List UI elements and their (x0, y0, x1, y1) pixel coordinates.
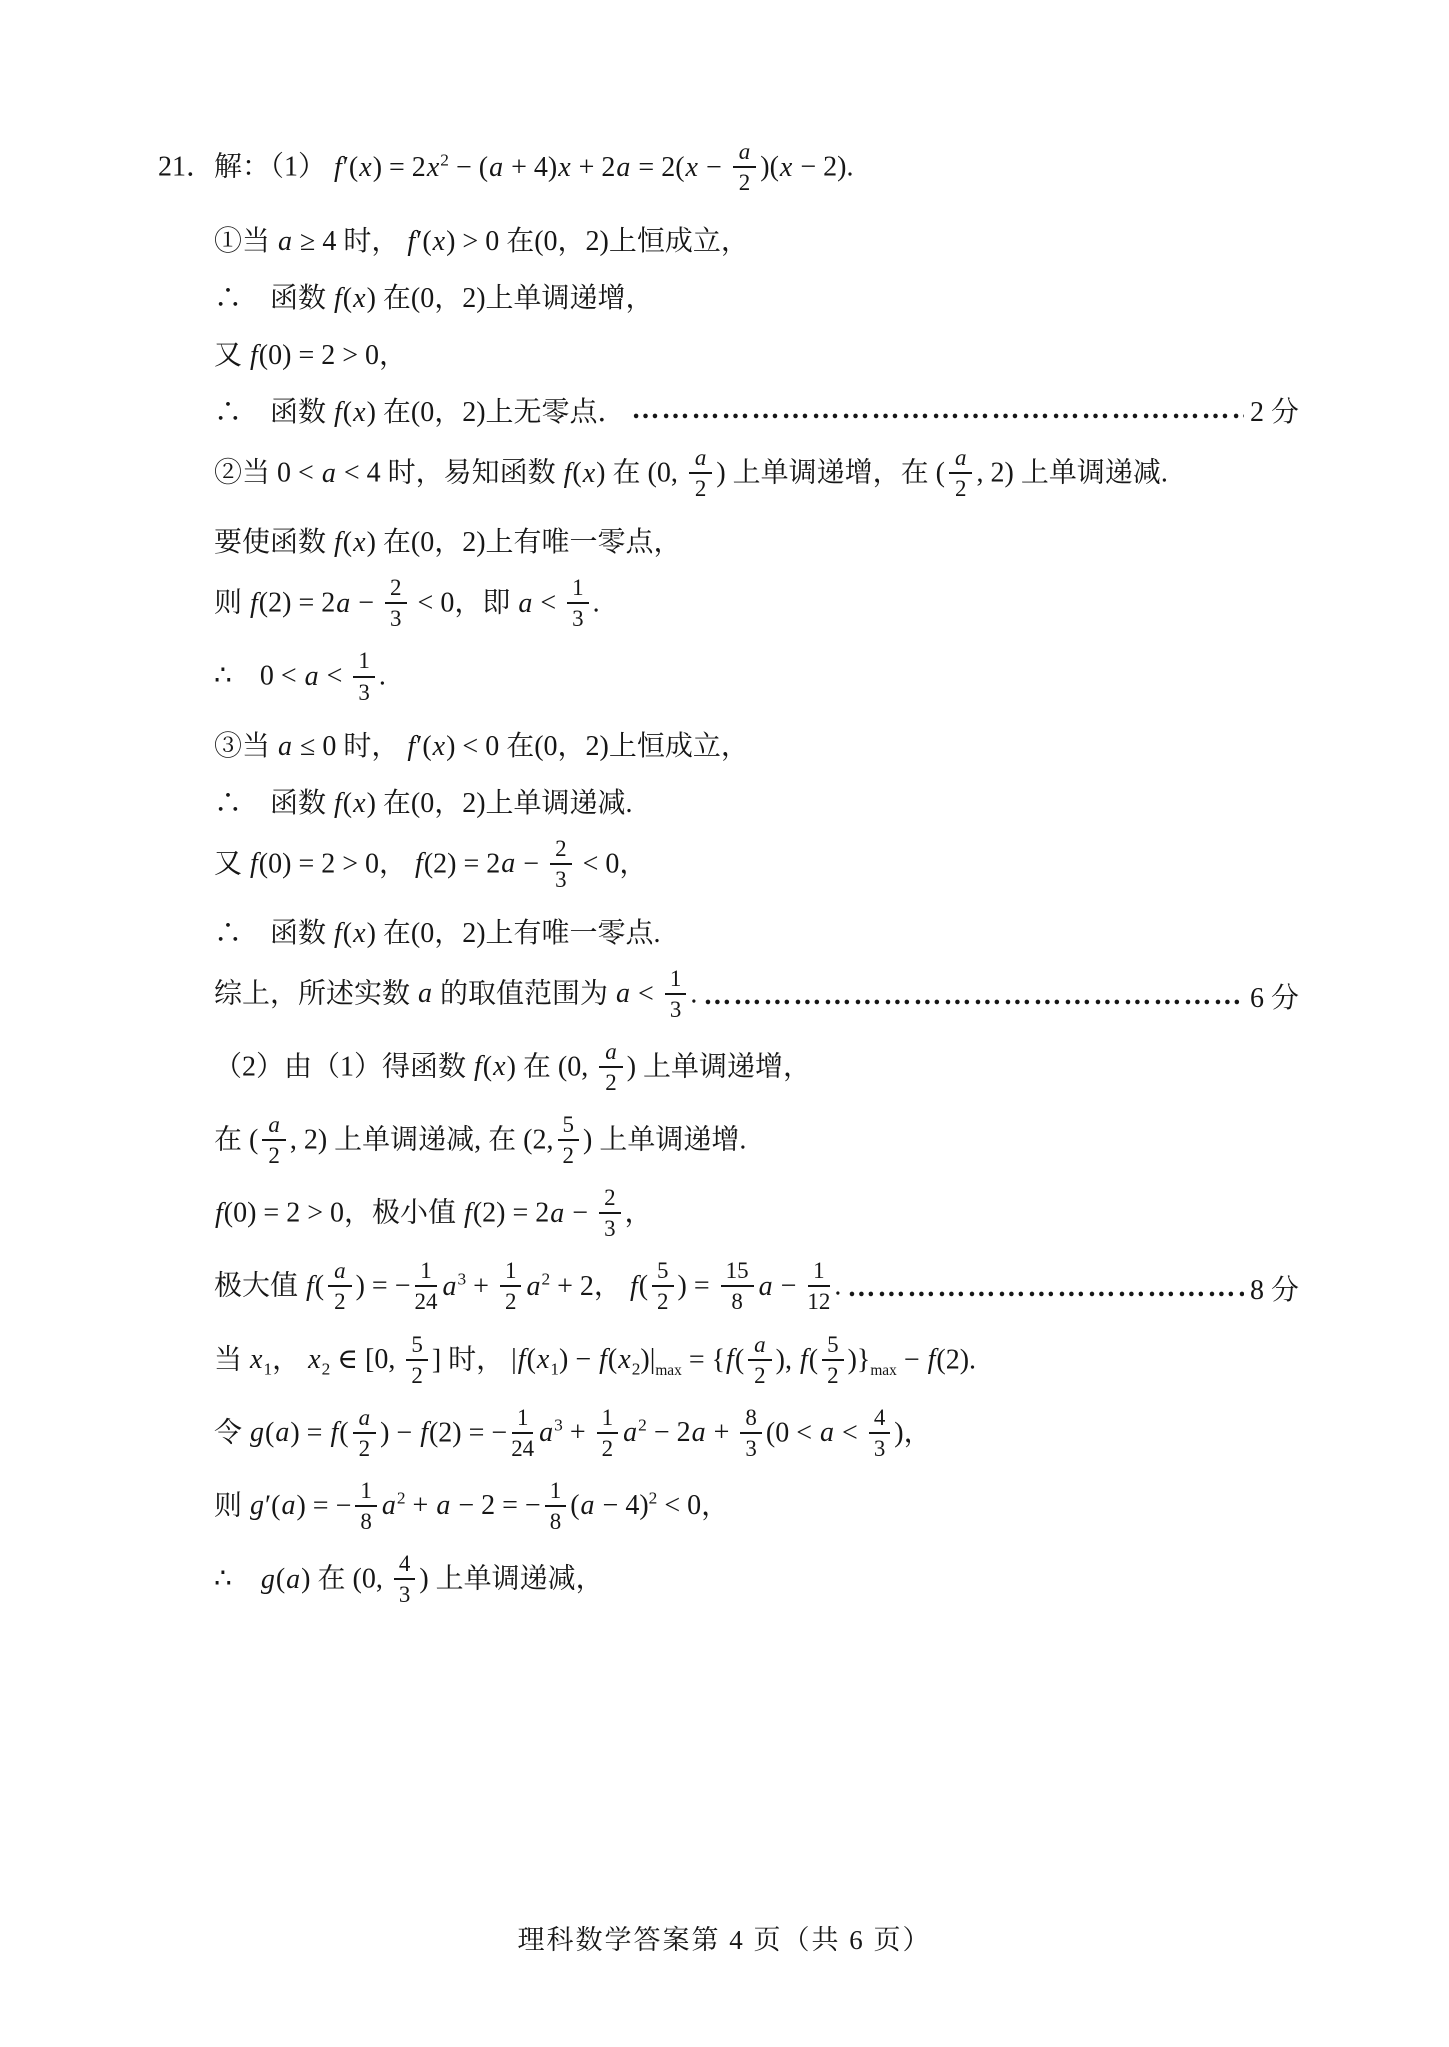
fraction-numerator: 2 (550, 835, 571, 865)
math-run: a < (615, 978, 661, 1009)
score-label: 8 分 (1250, 1268, 1299, 1308)
text-run: 在(0，2)上无零点． (376, 397, 626, 428)
math-run: (2, (523, 1125, 553, 1156)
fraction-numerator: 1 (415, 1257, 436, 1287)
math-run: f(0) = 2 > 0 (214, 1198, 344, 1229)
math-run: (0, (353, 1564, 390, 1595)
fraction-denominator: 3 (390, 604, 401, 632)
solution-line-9: ∴ 0 < a < 13. (158, 649, 1299, 707)
solution-line-2: ①当 a ≥ 4 时， f′(x) > 0 在(0，2)上恒成立， (158, 218, 1299, 260)
math-run: f(x) (563, 458, 606, 489)
fraction: 83 (740, 1404, 761, 1462)
math-run: f(x) (333, 283, 376, 314)
math-run: ( (936, 458, 945, 489)
score-label: 2 分 (1250, 390, 1299, 430)
text-run: ， (379, 848, 414, 879)
fraction-denominator: 8 (550, 1507, 561, 1535)
math-run: . (379, 661, 386, 692)
fraction-denominator: 2 (605, 1068, 616, 1096)
math-run: a ≥ 4 (277, 226, 336, 257)
math-run: ) (894, 1417, 903, 1448)
fraction: 13 (353, 647, 374, 705)
text-run: 时， (336, 731, 406, 762)
math-run: x2 ∈ [0, (307, 1344, 402, 1375)
fraction-numerator: 1 (665, 965, 686, 995)
math-run: g′(a) = − (249, 1490, 351, 1521)
fraction-numerator: a (328, 1257, 351, 1287)
math-run: f(2) = 2a − (414, 848, 546, 879)
line-content: （2）由（1）得函数 f(x) 在 (0, a2) 上单调递增， (214, 1040, 811, 1098)
text-run: ∴ 函数 (214, 283, 333, 314)
fraction-numerator: 5 (406, 1331, 427, 1361)
text-run: 在(0，2)上恒成立， (499, 731, 749, 762)
fraction-denominator: 2 (754, 1361, 765, 1389)
fraction-denominator: 24 (415, 1287, 438, 1315)
math-run: a2 + a − 2 = − (381, 1490, 541, 1521)
text-run: 极大值 (214, 1271, 305, 1302)
line-content: 21．解：（1） f′(x) = 2x2 − (a + 4)x + 2a = 2… (158, 140, 853, 198)
math-run: = {f( (682, 1344, 744, 1375)
fraction: 52 (652, 1257, 673, 1315)
text-run: 在(0，2)上有唯一零点， (376, 527, 682, 558)
text-run: 上单调递增. (592, 1125, 746, 1156)
math-run: f′(x) = 2x2 − (a + 4)x + 2a = 2(x − (326, 152, 729, 183)
math-run: a3 + (441, 1271, 495, 1302)
math-run: f( (305, 1271, 324, 1302)
fraction-denominator: 2 (657, 1287, 668, 1315)
line-content: 在 (a2, 2) 上单调递减, 在 (2,52) 上单调递增. (214, 1113, 746, 1171)
fraction-numerator: a (599, 1038, 622, 1068)
math-run: f(x) (473, 1051, 516, 1082)
fraction: 12 (500, 1257, 521, 1315)
fraction-numerator: a (733, 138, 756, 168)
line-content: ③当 a ≤ 0 时， f′(x) < 0 在(0，2)上恒成立， (214, 724, 749, 764)
text-run: 上单调递减， (429, 1564, 604, 1595)
math-run: a ≤ 0 (277, 731, 336, 762)
math-run: (0, (558, 1051, 595, 1082)
math-run: 0 < a < (260, 661, 350, 692)
fraction-denominator: 2 (505, 1287, 516, 1315)
math-run: a2 − 2a + (622, 1417, 736, 1448)
text-run: 上单调递减, 在 (327, 1125, 523, 1156)
text-run: 上单调递增， (636, 1051, 811, 1082)
solution-body: 21．解：（1） f′(x) = 2x2 − (a + 4)x + 2a = 2… (158, 140, 1299, 1610)
math-run: . (834, 1271, 841, 1302)
fraction-numerator: 1 (545, 1477, 566, 1507)
fraction-numerator: 2 (599, 1184, 620, 1214)
text-run: ∴ (214, 1564, 260, 1595)
math-run: f( (629, 1271, 648, 1302)
fraction-numerator: a (748, 1331, 771, 1361)
fraction-denominator: 2 (739, 168, 750, 196)
math-run: ) (583, 1125, 592, 1156)
math-run: f′(x) < 0 (406, 731, 499, 762)
line-content: 综上，所述实数 a 的取值范围为 a < 13. (214, 967, 697, 1025)
line-content: ②当 0 < a < 4 时，易知函数 f(x) 在 (0, a2) 上单调递增… (214, 446, 1168, 504)
fraction: a2 (949, 444, 972, 502)
solution-line-20: 令 g(a) = f(a2) − f(2) = −124a3 + 12a2 − … (158, 1406, 1299, 1464)
text-run: 21．解：（1） (158, 152, 326, 183)
math-run: . (593, 588, 600, 619)
math-run: ) − f(2) = − (380, 1417, 507, 1448)
fraction: a2 (733, 138, 756, 196)
fraction: 52 (822, 1331, 843, 1389)
math-run: a3 + (538, 1417, 592, 1448)
fraction: 43 (869, 1404, 890, 1462)
math-run: f(x) (333, 397, 376, 428)
math-run: < 0 (576, 848, 620, 879)
math-run: a (417, 978, 433, 1009)
text-run: 的取值范围为 (433, 978, 615, 1009)
fraction: 124 (511, 1404, 534, 1462)
fraction-numerator: 5 (822, 1331, 843, 1361)
math-run: f′(x) > 0 (406, 226, 499, 257)
solution-line-5: ∴ 函数 f(x) 在(0，2)上无零点． ………………………………………………… (158, 389, 1299, 431)
text-run: 又 (214, 848, 249, 879)
text-run: 在(0，2)上有唯一零点. (376, 918, 661, 949)
text-run: ②当 (214, 458, 277, 489)
solution-line-19: 当 x1， x2 ∈ [0, 52] 时， |f(x1) − f(x2)|max… (158, 1333, 1299, 1391)
fraction-denominator: 8 (731, 1287, 742, 1315)
solution-line-8: 则 f(2) = 2a − 23 < 0，即 a < 13. (158, 576, 1299, 634)
solution-line-4: 又 f(0) = 2 > 0， (158, 332, 1299, 374)
line-content: ∴ 函数 f(x) 在(0，2)上单调递减. (214, 781, 633, 821)
math-run: a − (758, 1271, 804, 1302)
fraction-numerator: 1 (500, 1257, 521, 1287)
text-run: ，即 (454, 588, 517, 619)
math-run: (0 < a < (766, 1417, 865, 1448)
text-run: 在 (214, 1125, 249, 1156)
fraction: 18 (545, 1477, 566, 1535)
text-run: ①当 (214, 226, 277, 257)
dotted-leader: ……………………………………………………………………………………………… (703, 980, 1244, 1012)
math-run: ) (627, 1051, 636, 1082)
text-run: （2）由（1）得函数 (214, 1051, 473, 1082)
fraction: 112 (807, 1257, 830, 1315)
line-content: ①当 a ≥ 4 时， f′(x) > 0 在(0，2)上恒成立， (214, 219, 749, 259)
line-content: 则 f(2) = 2a − 23 < 0，即 a < 13. (214, 576, 600, 634)
fraction-denominator: 2 (563, 1141, 574, 1169)
subscript-label: max (655, 1362, 682, 1379)
text-run: ， (904, 1417, 932, 1448)
fraction-denominator: 2 (602, 1434, 613, 1462)
solution-line-14: 综上，所述实数 a 的取值范围为 a < 13.…………………………………………… (158, 967, 1299, 1025)
fraction-numerator: 5 (558, 1111, 579, 1141)
fraction: a2 (328, 1257, 351, 1315)
fraction-denominator: 3 (555, 865, 566, 893)
solution-line-13: ∴ 函数 f(x) 在(0，2)上有唯一零点. (158, 910, 1299, 952)
text-run: ∴ (214, 661, 260, 692)
text-run: 则 (214, 588, 249, 619)
text-run: 在(0，2)上恒成立， (499, 226, 749, 257)
math-run: (a − 4)2 < 0 (570, 1490, 701, 1521)
page-footer: 理科数学答案第 4 页（共 6 页） (0, 1918, 1449, 1957)
text-run: 则 (214, 1490, 249, 1521)
fraction: a2 (262, 1111, 285, 1169)
fraction-numerator: a (262, 1111, 285, 1141)
text-run: ③当 (214, 731, 277, 762)
fraction-denominator: 2 (955, 474, 966, 502)
solution-line-10: ③当 a ≤ 0 时， f′(x) < 0 在(0，2)上恒成立， (158, 723, 1299, 765)
text-run: ∴ 函数 (214, 788, 333, 819)
solution-line-3: ∴ 函数 f(x) 在(0，2)上单调递增， (158, 275, 1299, 317)
line-content: 令 g(a) = f(a2) − f(2) = −124a3 + 12a2 − … (214, 1406, 932, 1464)
fraction-numerator: 1 (355, 1477, 376, 1507)
line-content: ∴ 函数 f(x) 在(0，2)上无零点． (214, 390, 626, 430)
math-run: f(x) (333, 918, 376, 949)
solution-line-22: ∴ g(a) 在 (0, 43) 上单调递减， (158, 1552, 1299, 1610)
math-run: )} (848, 1344, 871, 1375)
fraction-denominator: 2 (359, 1434, 370, 1462)
math-run: ) = − (356, 1271, 411, 1302)
fraction-denominator: 3 (745, 1434, 756, 1462)
math-run: g(a) = f( (249, 1417, 349, 1448)
math-run: f(x) (333, 788, 376, 819)
fraction-numerator: 15 (721, 1257, 754, 1287)
text-run: ∴ 函数 (214, 397, 333, 428)
fraction: a2 (689, 444, 712, 502)
math-run: ( (249, 1125, 258, 1156)
dotted-leader: ……………………………………………………………………………………………… (847, 1272, 1244, 1304)
line-content: ∴ 函数 f(x) 在(0，2)上单调递增， (214, 276, 654, 316)
text-run: ， (594, 1271, 629, 1302)
solution-line-18: 极大值 f(a2) = −124a3 + 12a2 + 2， f(52) = 1… (158, 1259, 1299, 1317)
text-run: 在(0，2)上单调递增， (376, 283, 654, 314)
math-run: . (690, 978, 697, 1009)
text-run: 在(0，2)上单调递减. (376, 788, 633, 819)
line-content: 又 f(0) = 2 > 0， (214, 333, 407, 373)
text-run: 要使函数 (214, 527, 333, 558)
line-content: f(0) = 2 > 0，极小值 f(2) = 2a − 23， (214, 1186, 653, 1244)
math-run: )(x − 2). (760, 152, 853, 183)
text-run: 综上，所述实数 (214, 978, 417, 1009)
solution-line-1: 21．解：（1） f′(x) = 2x2 − (a + 4)x + 2a = 2… (158, 140, 1299, 198)
line-content: 又 f(0) = 2 > 0， f(2) = 2a − 23 < 0， (214, 837, 647, 895)
answer-page: 21．解：（1） f′(x) = 2x2 − (a + 4)x + 2a = 2… (0, 0, 1449, 2047)
math-run: a2 + 2 (525, 1271, 593, 1302)
text-run: 又 (214, 340, 249, 371)
text-run: ∴ 函数 (214, 918, 333, 949)
fraction-denominator: 2 (695, 474, 706, 502)
text-run: 在 (516, 1051, 558, 1082)
fraction-numerator: a (949, 444, 972, 474)
solution-line-7: 要使函数 f(x) 在(0，2)上有唯一零点， (158, 519, 1299, 561)
math-run: − f(2). (897, 1344, 976, 1375)
fraction-denominator: 3 (670, 995, 681, 1023)
text-run: ， (272, 1344, 307, 1375)
fraction-denominator: 3 (572, 604, 583, 632)
solution-line-21: 则 g′(a) = −18a2 + a − 2 = −18(a − 4)2 < … (158, 1479, 1299, 1537)
math-run: < 0 (411, 588, 455, 619)
math-run: , 2) (290, 1125, 327, 1156)
fraction: 12 (597, 1404, 618, 1462)
math-run: (0, (648, 458, 685, 489)
math-run: |f(x1) − f(x2)| (511, 1344, 655, 1375)
fraction-numerator: 1 (808, 1257, 829, 1287)
fraction: a2 (748, 1331, 771, 1389)
fraction-numerator: 1 (353, 647, 374, 677)
math-run: ] (432, 1344, 448, 1375)
math-run: f(0) = 2 > 0 (249, 848, 379, 879)
text-run: ， (379, 340, 407, 371)
math-run: g(a) (260, 1564, 311, 1595)
fraction-denominator: 2 (334, 1287, 345, 1315)
fraction-denominator: 2 (411, 1361, 422, 1389)
fraction-numerator: 1 (597, 1404, 618, 1434)
math-run: 0 < a < 4 (277, 458, 381, 489)
math-run: ) = (678, 1271, 717, 1302)
fraction-numerator: 2 (385, 574, 406, 604)
fraction-denominator: 24 (511, 1434, 534, 1462)
fraction-denominator: 3 (358, 678, 369, 706)
score-label: 6 分 (1250, 976, 1299, 1016)
fraction: a2 (599, 1038, 622, 1096)
math-run: f(2) = 2a − (463, 1198, 595, 1229)
fraction: 18 (355, 1477, 376, 1535)
math-run: , 2) (976, 458, 1013, 489)
text-run: 上单调递增，在 (726, 458, 936, 489)
fraction: 13 (665, 965, 686, 1023)
fraction-numerator: 5 (652, 1257, 673, 1287)
line-content: 极大值 f(a2) = −124a3 + 12a2 + 2， f(52) = 1… (214, 1259, 841, 1317)
fraction: 52 (406, 1331, 427, 1389)
line-content: ∴ 函数 f(x) 在(0，2)上有唯一零点. (214, 911, 661, 951)
line-content: ∴ g(a) 在 (0, 43) 上单调递减， (214, 1552, 604, 1610)
solution-line-15: （2）由（1）得函数 f(x) 在 (0, a2) 上单调递增， (158, 1040, 1299, 1098)
solution-line-17: f(0) = 2 > 0，极小值 f(2) = 2a − 23， (158, 1186, 1299, 1244)
fraction: 13 (567, 574, 588, 632)
fraction-denominator: 3 (604, 1214, 615, 1242)
text-run: ，极小值 (344, 1198, 463, 1229)
fraction: 23 (550, 835, 571, 893)
math-run: a < (517, 588, 563, 619)
math-run: ), f( (776, 1344, 818, 1375)
line-content: ∴ 0 < a < 13. (214, 649, 386, 707)
text-run: ， (625, 1198, 653, 1229)
subscript-label: max (870, 1362, 897, 1379)
math-run: x1 (249, 1344, 272, 1375)
solution-line-11: ∴ 函数 f(x) 在(0，2)上单调递减. (158, 780, 1299, 822)
fraction-denominator: 3 (399, 1580, 410, 1608)
fraction-numerator: 1 (567, 574, 588, 604)
fraction: 124 (415, 1257, 438, 1315)
text-run: ， (701, 1490, 729, 1521)
fraction-numerator: a (689, 444, 712, 474)
solution-line-16: 在 (a2, 2) 上单调递减, 在 (2,52) 上单调递增. (158, 1113, 1299, 1171)
fraction-denominator: 2 (827, 1361, 838, 1389)
line-content: 当 x1， x2 ∈ [0, 52] 时， |f(x1) − f(x2)|max… (214, 1333, 976, 1391)
math-run: f(2) = 2a − (249, 588, 381, 619)
line-content: 要使函数 f(x) 在(0，2)上有唯一零点， (214, 520, 682, 560)
fraction: 43 (394, 1550, 415, 1608)
math-run: ) (419, 1564, 428, 1595)
math-run: f(0) = 2 > 0 (249, 340, 379, 371)
text-run: 时，易知函数 (381, 458, 563, 489)
text-run: 上单调递减. (1014, 458, 1168, 489)
solution-line-12: 又 f(0) = 2 > 0， f(2) = 2a − 23 < 0， (158, 837, 1299, 895)
fraction: 52 (558, 1111, 579, 1169)
fraction-denominator: 3 (874, 1434, 885, 1462)
text-run: 在 (606, 458, 648, 489)
dotted-leader: ……………………………………………………………………………………………… (632, 394, 1244, 426)
text-run: 时， (336, 226, 406, 257)
text-run: 时， (448, 1344, 511, 1375)
fraction-numerator: 1 (512, 1404, 533, 1434)
fraction-numerator: 4 (869, 1404, 890, 1434)
text-run: 当 (214, 1344, 249, 1375)
fraction-denominator: 8 (360, 1507, 371, 1535)
fraction-numerator: 8 (740, 1404, 761, 1434)
line-content: 则 g′(a) = −18a2 + a − 2 = −18(a − 4)2 < … (214, 1479, 729, 1537)
math-run: f(x) (333, 527, 376, 558)
fraction: 158 (721, 1257, 754, 1315)
fraction: 23 (385, 574, 406, 632)
text-run: 在 (310, 1564, 352, 1595)
text-run: ， (619, 848, 647, 879)
fraction-denominator: 2 (268, 1141, 279, 1169)
fraction: a2 (353, 1404, 376, 1462)
fraction: 23 (599, 1184, 620, 1242)
text-run: 令 (214, 1417, 249, 1448)
solution-line-6: ②当 0 < a < 4 时，易知函数 f(x) 在 (0, a2) 上单调递增… (158, 446, 1299, 504)
fraction-numerator: a (353, 1404, 376, 1434)
fraction-numerator: 4 (394, 1550, 415, 1580)
fraction-denominator: 12 (807, 1287, 830, 1315)
math-run: ) (716, 458, 725, 489)
